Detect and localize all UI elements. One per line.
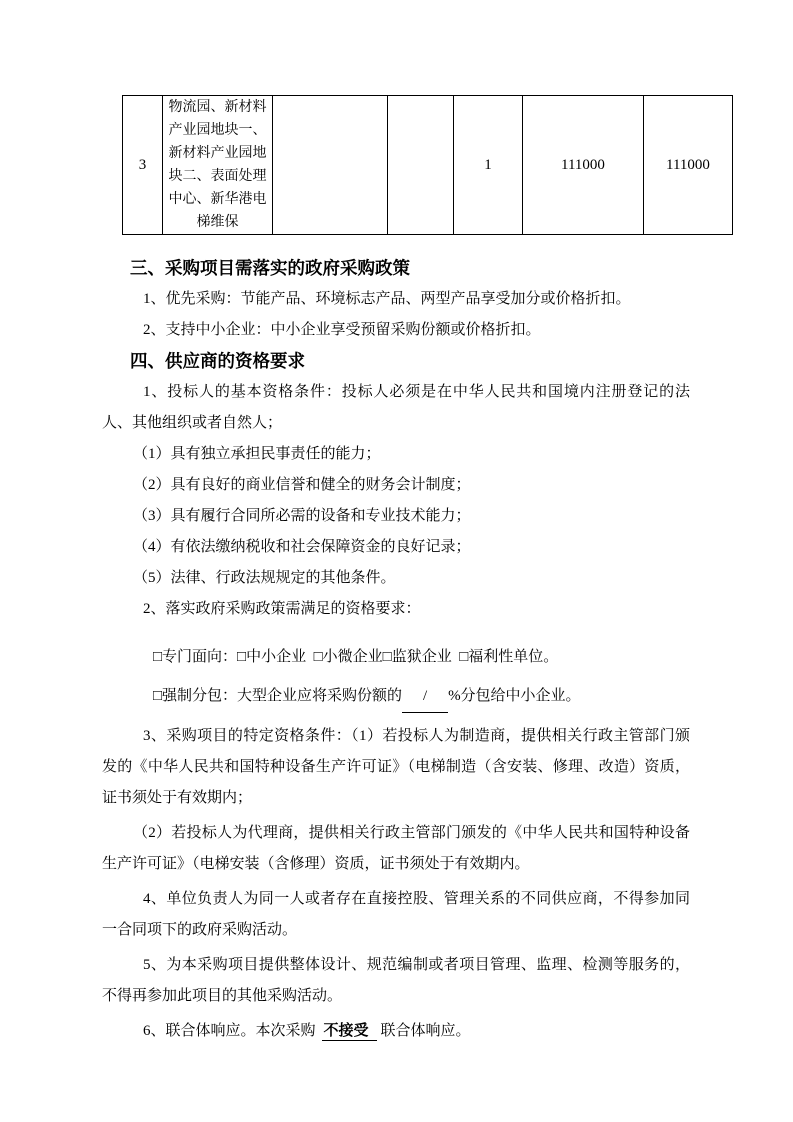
section-4-item-1: 1、投标人的基本资格条件：投标人必须是在中华人民共和国境内注册登记的法人、其他组… bbox=[102, 377, 690, 439]
cell-unit-price: 111000 bbox=[523, 96, 644, 235]
blank-underline-field: / bbox=[402, 681, 448, 713]
item-6-suffix: 联合体响应。 bbox=[381, 1023, 471, 1039]
cell-row-number: 3 bbox=[123, 96, 163, 235]
section-4-item-6: 6、联合体响应。本次采购不接受联合体响应。 bbox=[102, 1016, 690, 1047]
item-6-not-accept: 不接受 bbox=[322, 1023, 377, 1041]
section-4-item-1-sub-2: （2）具有良好的商业信誉和健全的财务会计制度； bbox=[102, 470, 690, 501]
section-4-item-1-sub-5: （5）法律、行政法规规定的其他条件。 bbox=[102, 563, 690, 594]
cell-quantity: 1 bbox=[454, 96, 523, 235]
section-3-heading: 三、采购项目需落实的政府采购政策 bbox=[102, 253, 690, 284]
section-4-item-1-sub-3: （3）具有履行合同所必需的设备和专业技术能力； bbox=[102, 501, 690, 532]
section-4-item-3: 3、采购项目的特定资格条件：（1）若投标人为制造商，提供相关行政主管部门颁发的《… bbox=[102, 721, 690, 814]
cell-project-name: 物流园、新材料产业园地块一、新材料产业园地块二、表面处理中心、新华港电梯维保 bbox=[163, 96, 273, 235]
checkbox-line-forced-subcontract: □强制分包：大型企业应将采购份额的/%分包给中小企业。 bbox=[102, 681, 690, 713]
document-page: 3 物流园、新材料产业园地块一、新材料产业园地块二、表面处理中心、新华港电梯维保… bbox=[0, 0, 793, 1122]
checkbox-line-specially-for: □专门面向：□中小企业 □小微企业□监狱企业 □福利性单位。 bbox=[102, 642, 690, 673]
procurement-items-table: 3 物流园、新材料产业园地块一、新材料产业园地块二、表面处理中心、新华港电梯维保… bbox=[122, 95, 733, 235]
cell-empty-2 bbox=[388, 96, 454, 235]
document-content: 3 物流园、新材料产业园地块一、新材料产业园地块二、表面处理中心、新华港电梯维保… bbox=[102, 0, 690, 1047]
section-4-item-1-sub-1: （1）具有独立承担民事责任的能力； bbox=[102, 439, 690, 470]
section-3-item-2: 2、支持中小企业：中小企业享受预留采购份额或价格折扣。 bbox=[102, 315, 690, 346]
forced-subcontract-suffix: %分包给中小企业。 bbox=[448, 688, 581, 704]
section-4-item-5: 5、为本采购项目提供整体设计、规范编制或者项目管理、监理、检测等服务的，不得再参… bbox=[102, 950, 690, 1012]
section-4-item-2: 2、落实政府采购政策需满足的资格要求： bbox=[102, 594, 690, 625]
cell-total-price: 111000 bbox=[644, 96, 733, 235]
section-4-item-3-sub-2: （2）若投标人为代理商，提供相关行政主管部门颁发的《中华人民共和国特种设备生产许… bbox=[102, 818, 690, 880]
section-4-item-4: 4、单位负责人为同一人或者存在直接控股、管理关系的不同供应商，不得参加同一合同项… bbox=[102, 884, 690, 946]
section-3-item-1: 1、优先采购：节能产品、环境标志产品、两型产品享受加分或价格折扣。 bbox=[102, 284, 690, 315]
item-6-prefix: 6、联合体响应。本次采购 bbox=[143, 1023, 316, 1039]
cell-empty-1 bbox=[273, 96, 388, 235]
section-4-item-1-sub-4: （4）有依法缴纳税收和社会保障资金的良好记录； bbox=[102, 532, 690, 563]
section-4-heading: 四、供应商的资格要求 bbox=[102, 346, 690, 377]
forced-subcontract-prefix: □强制分包：大型企业应将采购份额的 bbox=[153, 688, 402, 704]
table-row: 3 物流园、新材料产业园地块一、新材料产业园地块二、表面处理中心、新华港电梯维保… bbox=[123, 96, 733, 235]
